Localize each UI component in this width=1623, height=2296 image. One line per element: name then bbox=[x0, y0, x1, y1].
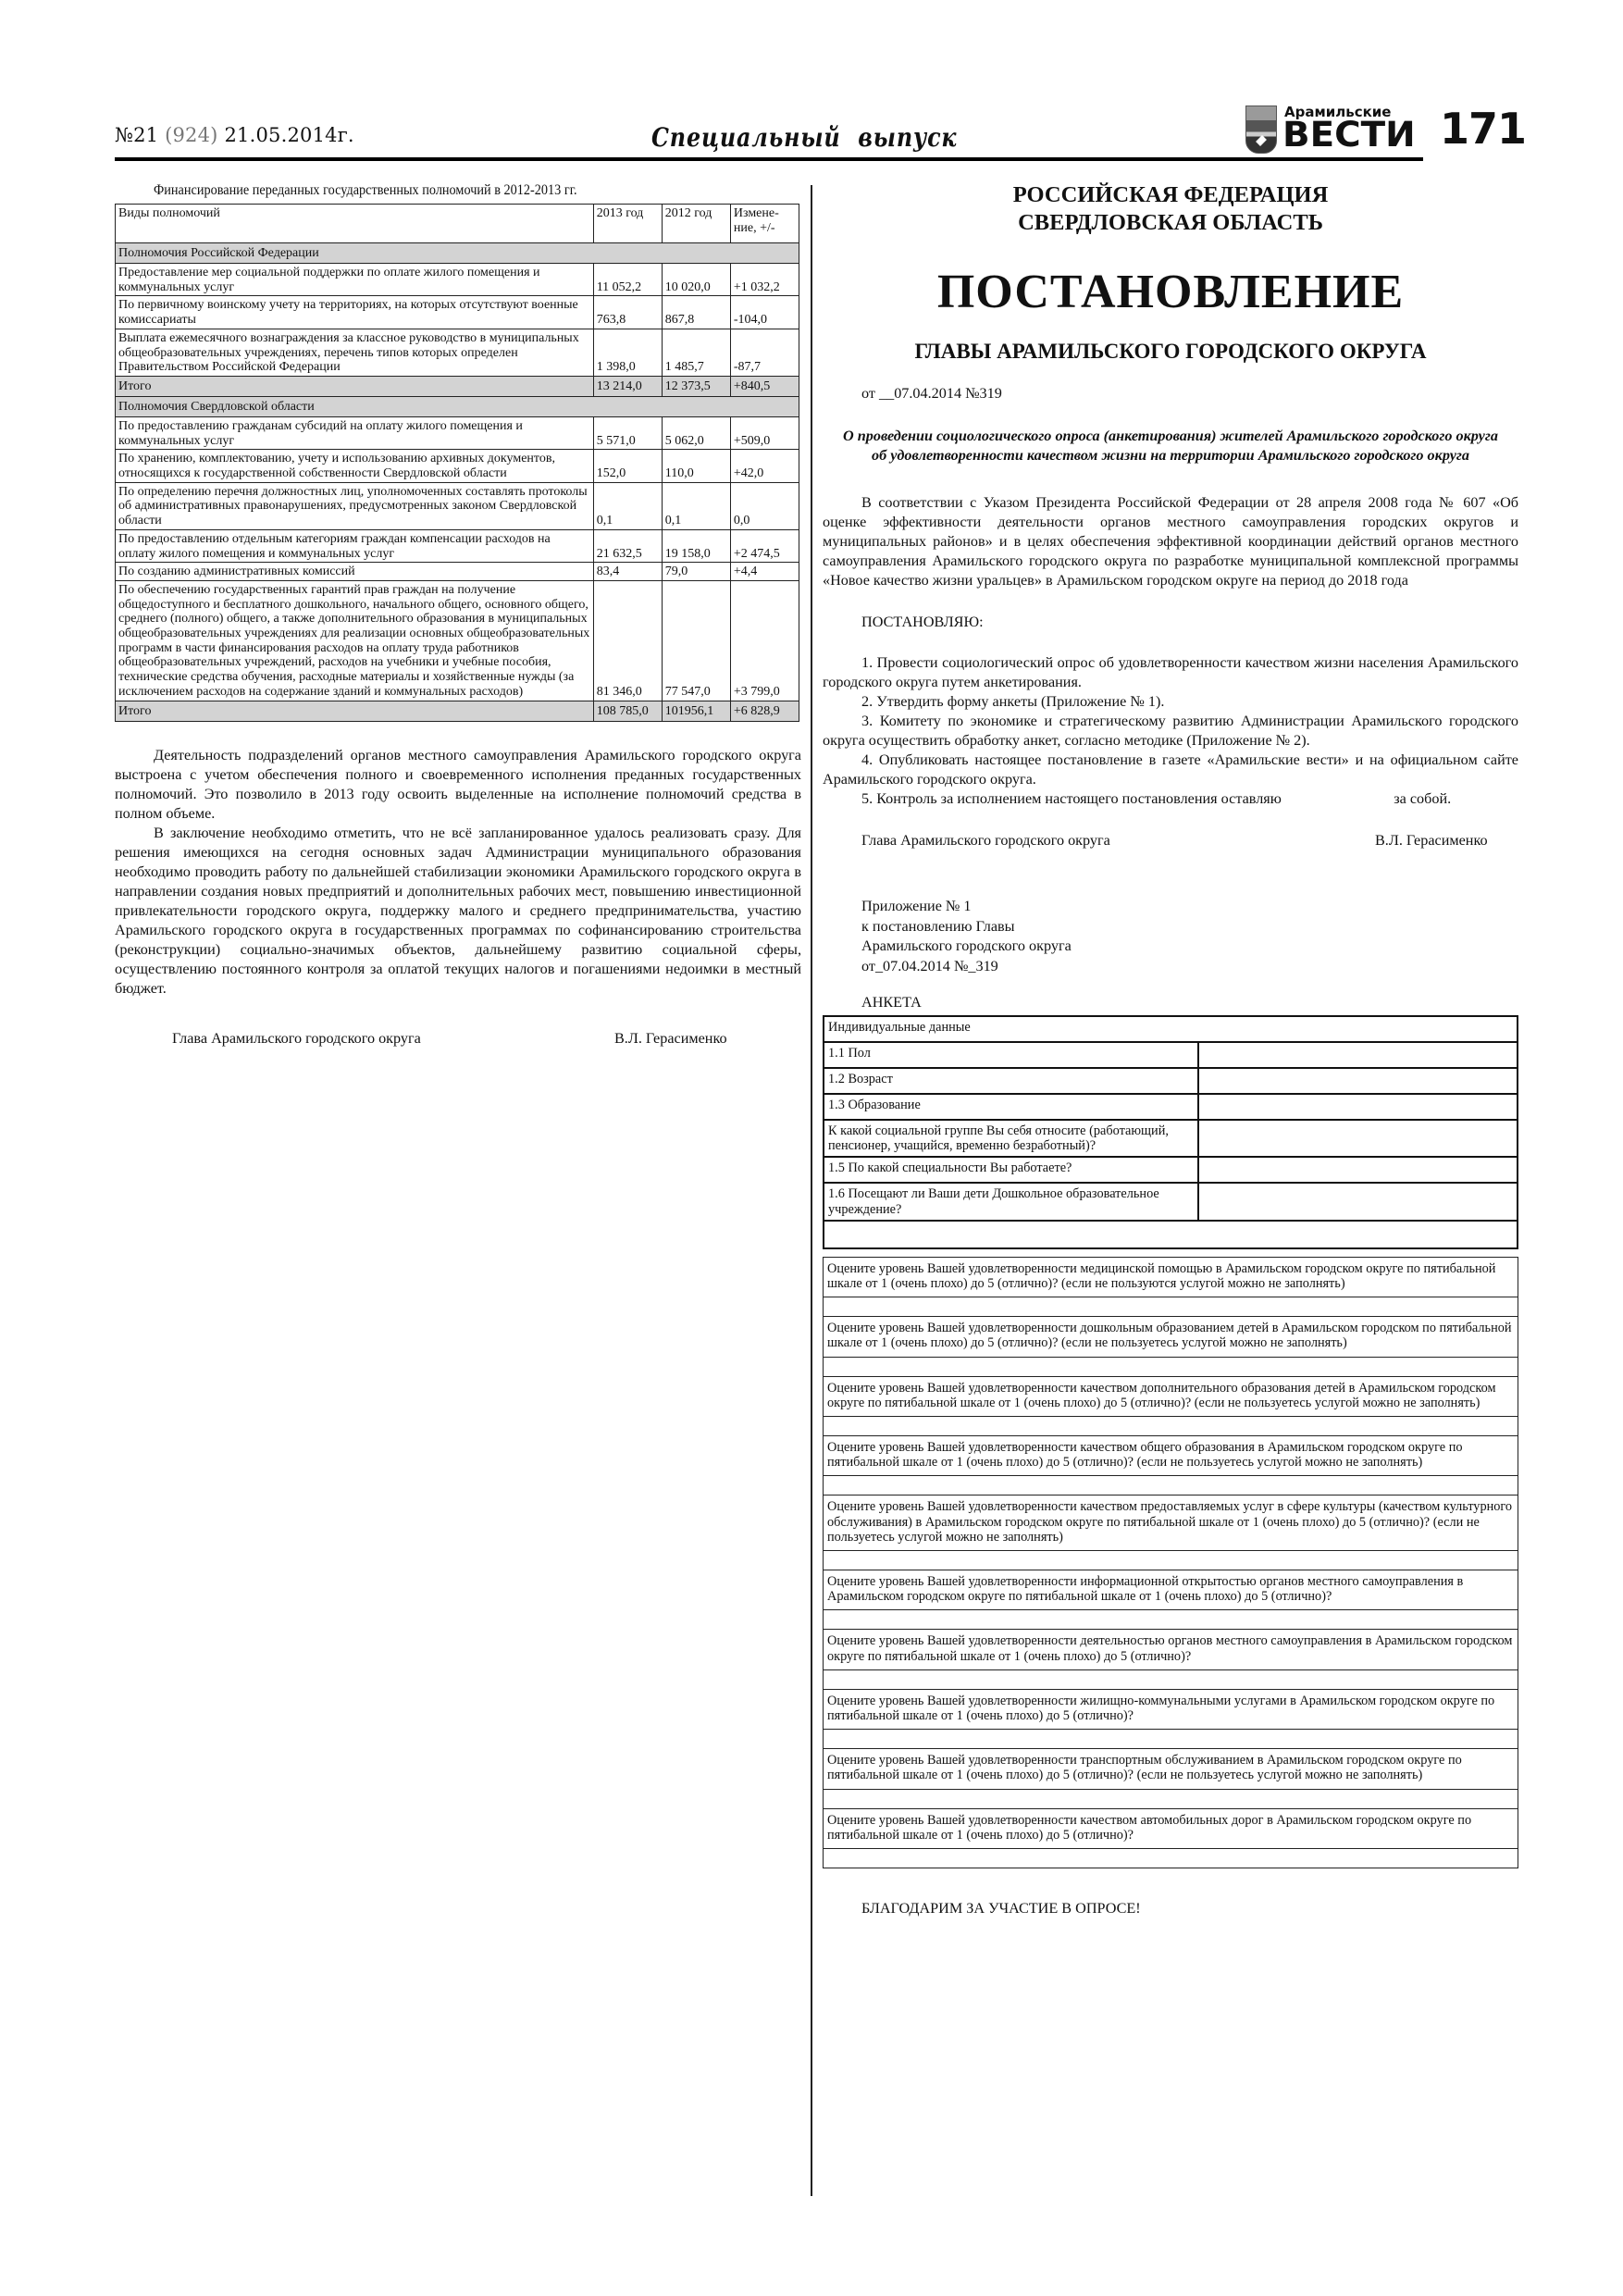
question-label: 1.1 Пол bbox=[824, 1042, 1198, 1068]
value-2012: 77 547,0 bbox=[662, 580, 730, 701]
row-label: Предоставление мер социальной поддержки … bbox=[116, 264, 594, 296]
column-header: Виды полномочий bbox=[116, 205, 594, 243]
row-label: По обеспечению государственных гарантий … bbox=[116, 580, 594, 701]
paragraph: В соответствии с Указом Президента Росси… bbox=[823, 493, 1518, 590]
value-2012: 79,0 bbox=[662, 563, 730, 581]
rating-answer-row bbox=[824, 1357, 1518, 1376]
table-row: По определению перечня должностных лиц, … bbox=[116, 482, 799, 529]
header-rule bbox=[115, 157, 1423, 161]
masthead: №21 (924) 21.05.2014г. Специальныйвыпуск… bbox=[115, 104, 1521, 157]
value-2012: 5 062,0 bbox=[662, 416, 730, 449]
financing-table: Виды полномочий2013 год2012 годИзмене- н… bbox=[115, 204, 799, 722]
issue-date: 21.05.2014г. bbox=[224, 124, 353, 146]
value-2013: 763,8 bbox=[593, 296, 662, 329]
rating-question-row: Оцените уровень Вашей удовлетворенности … bbox=[824, 1496, 1518, 1551]
table-row: Предоставление мер социальной поддержки … bbox=[116, 264, 799, 296]
rating-question: Оцените уровень Вашей удовлетворенности … bbox=[824, 1808, 1518, 1848]
personal-data-header: Индивидуальные данные bbox=[824, 1016, 1518, 1042]
value-2012: 867,8 bbox=[662, 296, 730, 329]
decree-word: ПОСТАНОВЛЯЮ: bbox=[823, 613, 1518, 632]
answer-field-education[interactable] bbox=[1198, 1094, 1518, 1120]
decree-item: 2. Утвердить форму анкеты (Приложение № … bbox=[823, 692, 1518, 712]
table-row: По предоставлению гражданам субсидий на … bbox=[116, 416, 799, 449]
signature-name: В.Л. Герасименко bbox=[1375, 832, 1488, 850]
left-column: Финансирование переданных государственны… bbox=[115, 181, 801, 1050]
appendix-line: Приложение № 1 bbox=[861, 897, 1518, 917]
row-label: По созданию административных комиссий bbox=[116, 563, 594, 581]
value-change: +509,0 bbox=[730, 416, 799, 449]
rating-question: Оцените уровень Вашей удовлетворенности … bbox=[824, 1570, 1518, 1610]
rating-answer-field[interactable] bbox=[824, 1669, 1518, 1689]
row-label: По первичному воинскому учету на террито… bbox=[116, 296, 594, 329]
header-line: СВЕРДЛОВСКАЯ ОБЛАСТЬ bbox=[823, 209, 1518, 237]
decree-title: ПОСТАНОВЛЕНИЕ bbox=[823, 265, 1518, 320]
table-row: По предоставлению отдельным категориям г… bbox=[116, 529, 799, 562]
decree-items: 1. Провести социологический опрос об удо… bbox=[823, 653, 1518, 809]
value-2012: 0,1 bbox=[662, 482, 730, 529]
row-label: По предоставлению гражданам субсидий на … bbox=[116, 416, 594, 449]
value-2013: 21 632,5 bbox=[593, 529, 662, 562]
value-2012: 19 158,0 bbox=[662, 529, 730, 562]
question-label: 1.3 Образование bbox=[824, 1094, 1198, 1120]
value-change: -87,7 bbox=[730, 329, 799, 376]
rating-answer-field[interactable] bbox=[824, 1730, 1518, 1749]
value-change: +3 799,0 bbox=[730, 580, 799, 701]
issue-total: (924) bbox=[165, 124, 217, 146]
value-2013: 1 398,0 bbox=[593, 329, 662, 376]
answer-field-preschool[interactable] bbox=[1198, 1183, 1518, 1220]
total-2012: 101956,1 bbox=[662, 701, 730, 721]
brand-big: ВЕСТИ bbox=[1282, 115, 1416, 155]
rating-answer-row bbox=[824, 1417, 1518, 1436]
table-row: Выплата ежемесячного вознаграждения за к… bbox=[116, 329, 799, 376]
rating-question-row: Оцените уровень Вашей удовлетворенности … bbox=[824, 1689, 1518, 1729]
value-2012: 110,0 bbox=[662, 450, 730, 482]
question-label: 1.6 Посещают ли Ваши дети Дошкольное обр… bbox=[824, 1183, 1198, 1220]
rating-answer-field[interactable] bbox=[824, 1417, 1518, 1436]
total-label: Итого bbox=[116, 701, 594, 721]
value-2013: 0,1 bbox=[593, 482, 662, 529]
rating-question: Оцените уровень Вашей удовлетворенности … bbox=[824, 1496, 1518, 1551]
column-header: Измене- ние, +/- bbox=[730, 205, 799, 243]
thanks-note: БЛАГОДАРИМ ЗА УЧАСТИЕ В ОПРОСЕ! bbox=[861, 1900, 1518, 1917]
value-2013: 5 571,0 bbox=[593, 416, 662, 449]
paragraph: ПОСТАНОВЛЯЮ: bbox=[823, 613, 1518, 632]
rating-answer-field[interactable] bbox=[824, 1476, 1518, 1496]
header-line: РОССИЙСКАЯ ФЕДЕРАЦИЯ bbox=[823, 181, 1518, 209]
value-2013: 83,4 bbox=[593, 563, 662, 581]
total-label: Итого bbox=[116, 376, 594, 396]
value-change: +4,4 bbox=[730, 563, 799, 581]
issue-number: №21 bbox=[115, 124, 158, 146]
table-row: По обеспечению государственных гарантий … bbox=[116, 580, 799, 701]
rating-answer-field[interactable] bbox=[824, 1849, 1518, 1868]
right-column: РОССИЙСКАЯ ФЕДЕРАЦИЯ СВЕРДЛОВСКАЯ ОБЛАСТ… bbox=[823, 181, 1518, 1917]
decree-item: 3. Комитету по экономике и стратегическо… bbox=[823, 712, 1518, 751]
total-change: +6 828,9 bbox=[730, 701, 799, 721]
value-2013: 81 346,0 bbox=[593, 580, 662, 701]
decree-date: от __07.04.2014 №319 bbox=[861, 385, 1518, 403]
section-title: Полномочия Свердловской области bbox=[116, 396, 799, 416]
total-2012: 12 373,5 bbox=[662, 376, 730, 396]
section-row: Полномочия Свердловской области bbox=[116, 396, 799, 416]
total-row: Итого108 785,0101956,1+6 828,9 bbox=[116, 701, 799, 721]
signature-role: Глава Арамильского городского округа bbox=[861, 832, 1110, 850]
value-2012: 10 020,0 bbox=[662, 264, 730, 296]
signature: Глава Арамильского городского округа В.Л… bbox=[115, 1030, 801, 1050]
rating-question-row: Оцените уровень Вашей удовлетворенности … bbox=[824, 1376, 1518, 1416]
coat-of-arms-icon bbox=[1245, 105, 1277, 154]
appendix-line: от_07.04.2014 №_319 bbox=[861, 957, 1518, 977]
rating-answer-row bbox=[824, 1730, 1518, 1749]
rating-answer-field[interactable] bbox=[824, 1297, 1518, 1317]
table-header-row: Виды полномочий2013 год2012 годИзмене- н… bbox=[116, 205, 799, 243]
section-title: Полномочия Российской Федерации bbox=[116, 243, 799, 264]
rating-answer-row bbox=[824, 1551, 1518, 1570]
rating-answer-row bbox=[824, 1610, 1518, 1630]
section-title-word: выпуск bbox=[858, 122, 957, 153]
question-label: 1.5 По какой специальности Вы работаете? bbox=[824, 1157, 1198, 1183]
rating-answer-row bbox=[824, 1789, 1518, 1808]
question-label: 1.2 Возраст bbox=[824, 1068, 1198, 1094]
total-2013: 13 214,0 bbox=[593, 376, 662, 396]
row-label: По определению перечня должностных лиц, … bbox=[116, 482, 594, 529]
table-row: По первичному воинскому учету на террито… bbox=[116, 296, 799, 329]
rating-question: Оцените уровень Вашей удовлетворенности … bbox=[824, 1257, 1518, 1297]
section-title: Специальныйвыпуск bbox=[651, 122, 957, 153]
answer-field-specialty[interactable] bbox=[1198, 1157, 1518, 1183]
rating-question-row: Оцените уровень Вашей удовлетворенности … bbox=[824, 1257, 1518, 1297]
rating-answer-row bbox=[824, 1297, 1518, 1317]
value-change: +2 474,5 bbox=[730, 529, 799, 562]
rating-question-row: Оцените уровень Вашей удовлетворенности … bbox=[824, 1808, 1518, 1848]
answer-field-age[interactable] bbox=[1198, 1068, 1518, 1094]
appendix-line: Арамильского городского округа bbox=[861, 937, 1518, 957]
value-2013: 11 052,2 bbox=[593, 264, 662, 296]
paragraph: В заключение необходимо отметить, что не… bbox=[115, 824, 801, 999]
total-2013: 108 785,0 bbox=[593, 701, 662, 721]
questionnaire-ratings-table: Оцените уровень Вашей удовлетворенности … bbox=[823, 1257, 1518, 1868]
rating-question: Оцените уровень Вашей удовлетворенности … bbox=[824, 1630, 1518, 1669]
paragraph: Деятельность подразделений органов местн… bbox=[115, 746, 801, 824]
appendix-line: к постановлению Главы bbox=[861, 917, 1518, 937]
decree-item: 1. Провести социологический опрос об удо… bbox=[823, 653, 1518, 692]
decree-subtitle: ГЛАВЫ АРАМИЛЬСКОГО ГОРОДСКОГО ОКРУГА bbox=[823, 339, 1518, 365]
value-change: 0,0 bbox=[730, 482, 799, 529]
rating-question: Оцените уровень Вашей удовлетворенности … bbox=[824, 1436, 1518, 1476]
rating-answer-row bbox=[824, 1669, 1518, 1689]
federation-header: РОССИЙСКАЯ ФЕДЕРАЦИЯ СВЕРДЛОВСКАЯ ОБЛАСТ… bbox=[823, 181, 1518, 237]
section-title-word: Специальный bbox=[651, 122, 841, 153]
blank-row bbox=[824, 1221, 1518, 1248]
rating-answer-field[interactable] bbox=[824, 1610, 1518, 1630]
rating-answer-field[interactable] bbox=[824, 1551, 1518, 1570]
rating-answer-row bbox=[824, 1849, 1518, 1868]
column-header: 2012 год bbox=[662, 205, 730, 243]
rating-question: Оцените уровень Вашей удовлетворенности … bbox=[824, 1317, 1518, 1357]
rating-answer-row bbox=[824, 1476, 1518, 1496]
row-label: По хранению, комплектованию, учету и исп… bbox=[116, 450, 594, 482]
rating-question: Оцените уровень Вашей удовлетворенности … bbox=[824, 1376, 1518, 1416]
signature-name: В.Л. Герасименко bbox=[614, 1030, 727, 1048]
page-number: 171 bbox=[1440, 104, 1526, 154]
rating-answer-field[interactable] bbox=[824, 1789, 1518, 1808]
total-change: +840,5 bbox=[730, 376, 799, 396]
rating-question-row: Оцените уровень Вашей удовлетворенности … bbox=[824, 1570, 1518, 1610]
decree-item: 5. Контроль за исполнением настоящего по… bbox=[823, 789, 1518, 809]
newspaper-logo: Арамильские ВЕСТИ bbox=[1245, 104, 1412, 154]
column-divider bbox=[811, 185, 812, 2196]
rating-question-row: Оцените уровень Вашей удовлетворенности … bbox=[824, 1436, 1518, 1476]
rating-question: Оцените уровень Вашей удовлетворенности … bbox=[824, 1689, 1518, 1729]
rating-question-row: Оцените уровень Вашей удовлетворенности … bbox=[824, 1630, 1518, 1669]
questionnaire-title: АНКЕТА bbox=[861, 994, 1518, 1011]
signature: Глава Арамильского городского округа В.Л… bbox=[823, 832, 1518, 852]
value-change: +1 032,2 bbox=[730, 264, 799, 296]
question-label: К какой социальной группе Вы себя относи… bbox=[824, 1120, 1198, 1157]
answer-field-social-group[interactable] bbox=[1198, 1120, 1518, 1157]
table-row: По хранению, комплектованию, учету и исп… bbox=[116, 450, 799, 482]
rating-question-row: Оцените уровень Вашей удовлетворенности … bbox=[824, 1317, 1518, 1357]
rating-question-row: Оцените уровень Вашей удовлетворенности … bbox=[824, 1749, 1518, 1789]
value-2013: 152,0 bbox=[593, 450, 662, 482]
rating-question: Оцените уровень Вашей удовлетворенности … bbox=[824, 1749, 1518, 1789]
answer-field-gender[interactable] bbox=[1198, 1042, 1518, 1068]
report-text: Деятельность подразделений органов местн… bbox=[115, 746, 801, 999]
appendix-note: Приложение № 1 к постановлению Главы Ара… bbox=[861, 897, 1518, 976]
value-change: -104,0 bbox=[730, 296, 799, 329]
table-caption: Финансирование переданных государственны… bbox=[154, 181, 750, 200]
row-label: Выплата ежемесячного вознаграждения за к… bbox=[116, 329, 594, 376]
rating-answer-field[interactable] bbox=[824, 1357, 1518, 1376]
total-row: Итого13 214,012 373,5+840,5 bbox=[116, 376, 799, 396]
value-change: +42,0 bbox=[730, 450, 799, 482]
questionnaire-personal-table: Индивидуальные данные 1.1 Пол 1.2 Возрас… bbox=[823, 1015, 1518, 1249]
decree-intro: В соответствии с Указом Президента Росси… bbox=[823, 493, 1518, 590]
column-header: 2013 год bbox=[593, 205, 662, 243]
row-label: По предоставлению отдельным категориям г… bbox=[116, 529, 594, 562]
issue-info: №21 (924) 21.05.2014г. bbox=[115, 124, 354, 146]
value-2012: 1 485,7 bbox=[662, 329, 730, 376]
decree-item: 4. Опубликовать настоящее постановление … bbox=[823, 751, 1518, 789]
section-row: Полномочия Российской Федерации bbox=[116, 243, 799, 264]
decree-about: О проведении социологического опроса (ан… bbox=[823, 427, 1518, 465]
signature-role: Глава Арамильского городского округа bbox=[172, 1030, 421, 1048]
table-row: По созданию административных комиссий83,… bbox=[116, 563, 799, 581]
